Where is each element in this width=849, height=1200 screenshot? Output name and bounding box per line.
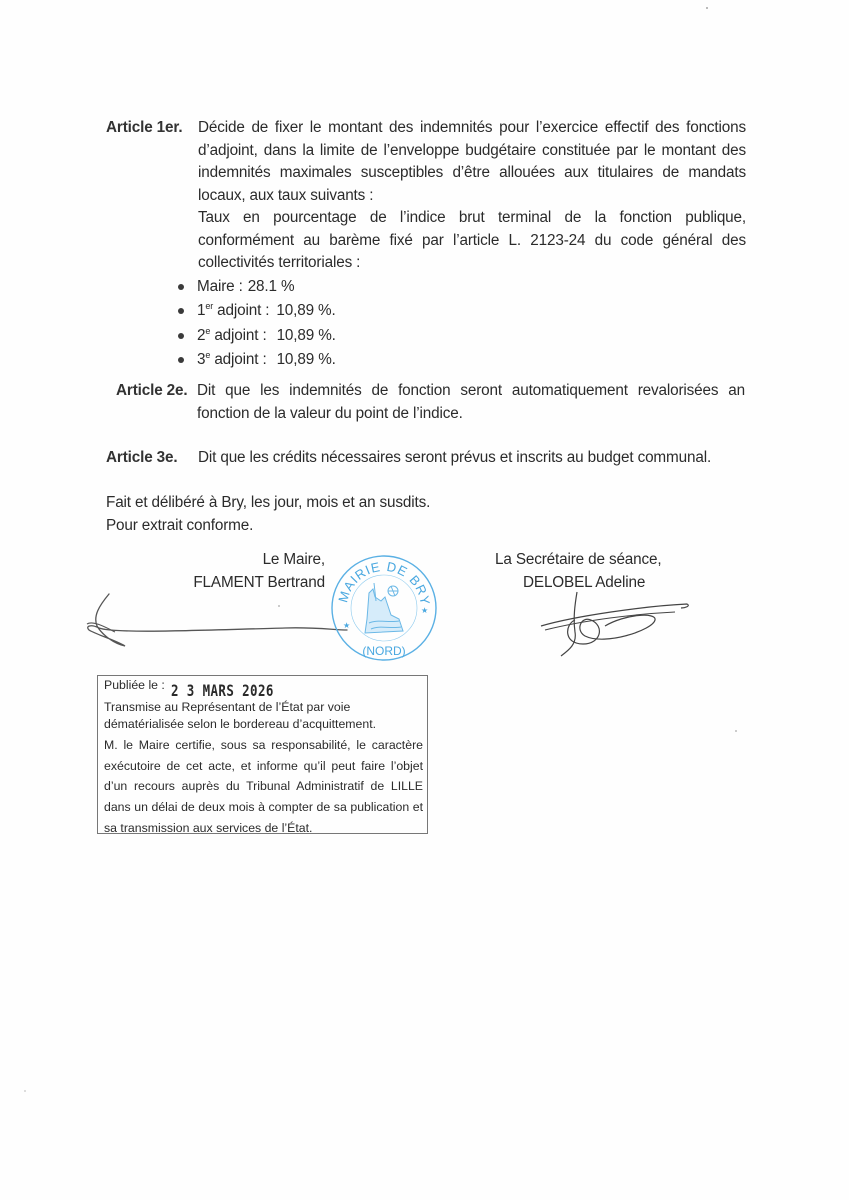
- certification-text: M. le Maire certifie, sous sa responsabi…: [104, 735, 423, 839]
- transmission-text: Transmise au Représentant de l’État par …: [104, 699, 423, 733]
- article-1: Article 1er. Décide de fixer le montant …: [106, 117, 746, 373]
- mayor-title: Le Maire,: [190, 549, 325, 572]
- secretary-title: La Secrétaire de séance,: [495, 549, 665, 572]
- publication-label: Publiée le :: [104, 676, 165, 695]
- article-1-paragraph-1: Décide de fixer le montant des indemnité…: [198, 117, 746, 207]
- publication-notice: Publiée le : 2 3 MARS 2026 Transmise au …: [97, 675, 428, 834]
- rate-role: Maire: [197, 278, 235, 295]
- mayor-signature-icon: [85, 590, 355, 650]
- mairie-stamp-icon: MAIRIE DE BRY (NORD) ★ ★: [329, 553, 439, 663]
- publication-date: 2 3 MARS 2026: [171, 681, 274, 700]
- rate-item-adjoint-1: 1er adjoint : 10,89 %.: [178, 299, 746, 324]
- rate-separator: :: [258, 327, 266, 344]
- article-2-label: Article 2e.: [116, 380, 197, 425]
- rate-separator: :: [261, 302, 269, 319]
- bullet-icon: [178, 357, 184, 363]
- mayor-signature-block: Le Maire, FLAMENT Bertrand: [190, 549, 325, 594]
- article-2-body: Dit que les indemnités de fonction seron…: [197, 380, 745, 425]
- rate-role: adjoint: [213, 302, 261, 319]
- rate-value: 28.1 %: [248, 275, 295, 300]
- scan-speck: [24, 1090, 26, 1092]
- rate-role: adjoint: [210, 327, 258, 344]
- rate-item-adjoint-2: 2e adjoint : 10,89 %.: [178, 324, 746, 349]
- rate-value: 10,89 %.: [277, 348, 336, 373]
- article-3-label: Article 3e.: [106, 447, 198, 470]
- closing-line-1: Fait et délibéré à Bry, les jour, mois e…: [106, 492, 430, 515]
- svg-text:★: ★: [343, 621, 350, 630]
- rate-value: 10,89 %.: [277, 324, 336, 349]
- document-page: Article 1er. Décide de fixer le montant …: [0, 0, 849, 1200]
- scan-speck: [706, 7, 708, 9]
- rate-value: 10,89 %.: [276, 299, 335, 324]
- bullet-icon: [178, 308, 184, 314]
- rates-list: Maire : 28.1 % 1er adjoint : 10,89 %. 2e…: [198, 275, 746, 373]
- svg-text:(NORD): (NORD): [362, 644, 405, 658]
- scan-speck: [735, 730, 737, 732]
- closing-line-2: Pour extrait conforme.: [106, 515, 430, 538]
- secretary-signature-icon: [535, 590, 695, 660]
- scan-speck: [278, 605, 280, 607]
- rate-item-adjoint-3: 3e adjoint : 10,89 %.: [178, 348, 746, 373]
- svg-text:★: ★: [421, 606, 428, 615]
- article-2: Article 2e. Dit que les indemnités de fo…: [116, 380, 746, 425]
- rate-separator: :: [235, 278, 243, 295]
- closing-statement: Fait et délibéré à Bry, les jour, mois e…: [106, 492, 430, 537]
- rate-item-mayor: Maire : 28.1 %: [178, 275, 746, 300]
- article-3: Article 3e. Dit que les crédits nécessai…: [106, 447, 756, 470]
- bullet-icon: [178, 284, 184, 290]
- rate-role-sup: er: [205, 301, 213, 311]
- rate-role: adjoint: [210, 351, 258, 368]
- rate-separator: :: [258, 351, 266, 368]
- article-1-body: Décide de fixer le montant des indemnité…: [198, 117, 746, 373]
- article-1-paragraph-2: Taux en pourcentage de l’indice brut ter…: [198, 207, 746, 275]
- secretary-signature-block: La Secrétaire de séance, DELOBEL Adeline: [495, 549, 665, 594]
- article-3-body: Dit que les crédits nécessaires seront p…: [198, 447, 711, 470]
- bullet-icon: [178, 333, 184, 339]
